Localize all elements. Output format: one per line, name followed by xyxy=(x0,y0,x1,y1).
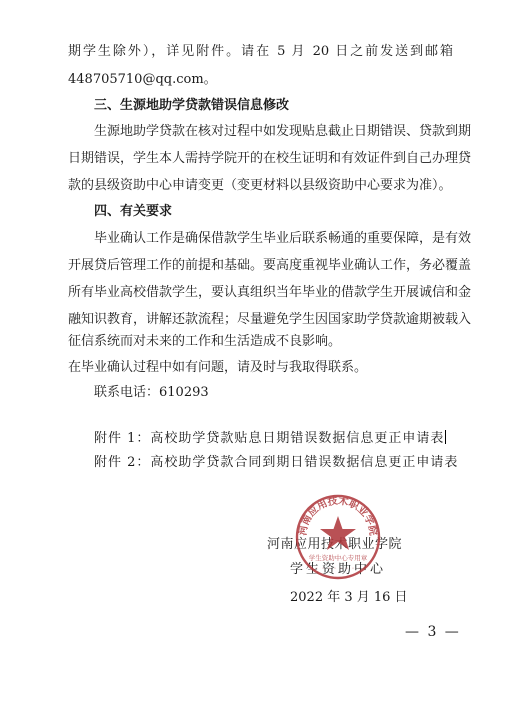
section-heading-4: 四、有关要求 xyxy=(94,204,479,220)
star-icon xyxy=(320,516,356,550)
body-line: 生源地助学贷款在核对过程中如发现贴息截止日期错误、贷款到期 xyxy=(94,124,453,140)
signature-date: 2022 年 3 月 16 日 xyxy=(290,590,408,606)
attachment-1: 附件 1：高校助学贷款贴息日期错误数据信息更正申请表 xyxy=(94,430,479,447)
body-line: 征信系统而对未来的工作和生活造成不良影响。 xyxy=(68,334,453,350)
contact-phone: 联系电话：610293 xyxy=(94,385,453,401)
contact-note: 在毕业确认过程中如有问题，请及时与我取得联系。 xyxy=(68,360,453,376)
body-line: 所有毕业高校借款学生，要认真组织当年毕业的借款学生开展诚信和金 xyxy=(68,285,453,301)
stamp-serial: · · · · · · · · xyxy=(315,566,360,572)
attachment-1-text: 附件 1：高校助学贷款贴息日期错误数据信息更正申请表 xyxy=(94,431,444,446)
stamp-center-text: 学生资助中心专用章 xyxy=(309,553,368,562)
body-line: 毕业确认工作是确保借款学生毕业后联系畅通的重要保障，是有效 xyxy=(94,231,453,247)
body-line: 融知识教育，讲解还款流程；尽量避免学生因国家助学贷款逾期被载入 xyxy=(68,312,453,328)
text-cursor xyxy=(445,430,446,444)
page-number: — 3 — xyxy=(405,624,461,640)
email-line: 448705710@qq.com。 xyxy=(68,72,453,88)
document-page: 期学生除外），详见附件。请在 5 月 20 日之前发送到邮箱 448705710… xyxy=(0,0,523,702)
attachment-2: 附件 2：高校助学贷款合同到期日错误数据信息更正申请表 xyxy=(94,455,479,471)
section-heading-3: 三、生源地助学贷款错误信息修改 xyxy=(94,98,479,114)
body-line: 款的县级资助中心申请变更（变更材料以县级资助中心要求为准）。 xyxy=(68,178,453,194)
official-seal-stamp: 河南应用技术职业学院 学生资助中心专用章 · · · · · · · · xyxy=(295,494,381,580)
body-line: 期学生除外），详见附件。请在 5 月 20 日之前发送到邮箱 xyxy=(68,44,453,60)
body-line: 日期错误，学生本人需持学院开的在校生证明和有效证件到自己办理贷 xyxy=(68,151,453,167)
body-line: 开展贷后管理工作的前提和基础。要高度重视毕业确认工作，务必覆盖 xyxy=(68,258,453,274)
